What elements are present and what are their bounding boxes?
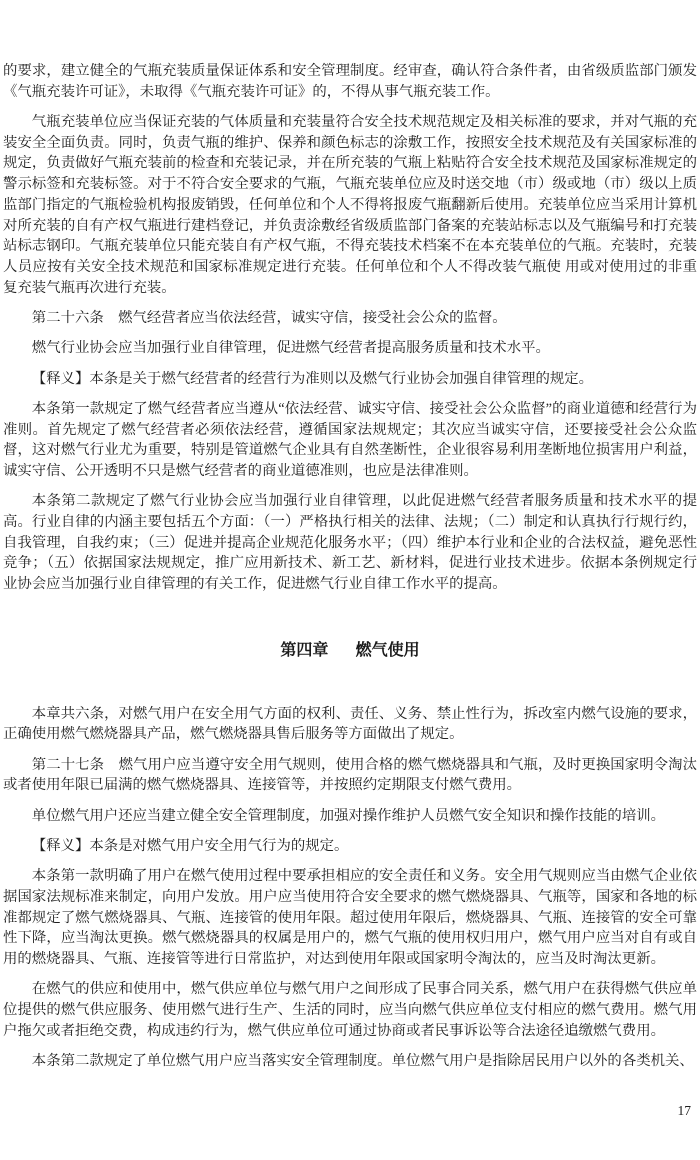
paragraph-filling-unit-duties: 气瓶充装单位应当保证充装的气体质量和充装量符合安全技术规范规定及相关标准的要求，… xyxy=(3,112,697,298)
paragraph-annotation-article-26: 【释义】本条是关于燃气经营者的经营行为准则以及燃气行业协会加强自律管理的规定。 xyxy=(3,369,697,390)
paragraph-article-26-clause2-explanation: 本条第二款规定了燃气行业协会应当加强行业自律管理，以此促进燃气经营者服务质量和技… xyxy=(3,491,697,595)
paragraph-continuation-filling-license: 的要求，建立健全的气瓶充装质量保证体系和安全管理制度。经审查，确认符合条件者，由… xyxy=(3,61,697,102)
paragraph-article-26: 第二十六条 燃气经营者应当依法经营，诚实守信，接受社会公众的监督。 xyxy=(3,308,697,329)
paragraph-article-27-clause2-explanation: 本条第二款规定了单位燃气用户应当落实安全管理制度。单位燃气用户是指除居民用户以外… xyxy=(3,1051,697,1072)
paragraph-article-26-clause1-explanation: 本条第一款规定了燃气经营者应当遵从“依法经营、诚实守信、接受社会公众监督”的商业… xyxy=(3,399,697,482)
page-number: 17 xyxy=(678,1103,692,1119)
chapter-heading: 第四章燃气使用 xyxy=(3,639,697,662)
paragraph-annotation-article-27: 【释义】本条是对燃气用户安全用气行为的规定。 xyxy=(3,836,697,857)
paragraph-article-27-clause2: 单位燃气用户还应当建立健全安全管理制度，加强对操作维护人员燃气安全知识和操作技能… xyxy=(3,806,697,827)
paragraph-chapter-4-intro: 本章共六条，对燃气用户在安全用气方面的权利、责任、义务、禁止性行为，拆改室内燃气… xyxy=(3,704,697,745)
paragraph-article-27-clause1-explanation: 本条第一款明确了用户在燃气使用过程中要承担相应的安全责任和义务。安全用气规则应当… xyxy=(3,866,697,970)
paragraph-supply-contract-explanation: 在燃气的供应和使用中，燃气供应单位与燃气用户之间形成了民事合同关系，燃气用户在获… xyxy=(3,979,697,1041)
paragraph-industry-association: 燃气行业协会应当加强行业自律管理，促进燃气经营者提高服务质量和技术水平。 xyxy=(3,338,697,359)
paragraph-article-27: 第二十七条 燃气用户应当遵守安全用气规则，使用合格的燃气燃烧器具和气瓶，及时更换… xyxy=(3,755,697,796)
chapter-label: 第四章 xyxy=(280,642,328,659)
chapter-title: 燃气使用 xyxy=(356,642,420,659)
document-page: 的要求，建立健全的气瓶充装质量保证体系和安全管理制度。经审查，确认符合条件者，由… xyxy=(0,0,700,1160)
